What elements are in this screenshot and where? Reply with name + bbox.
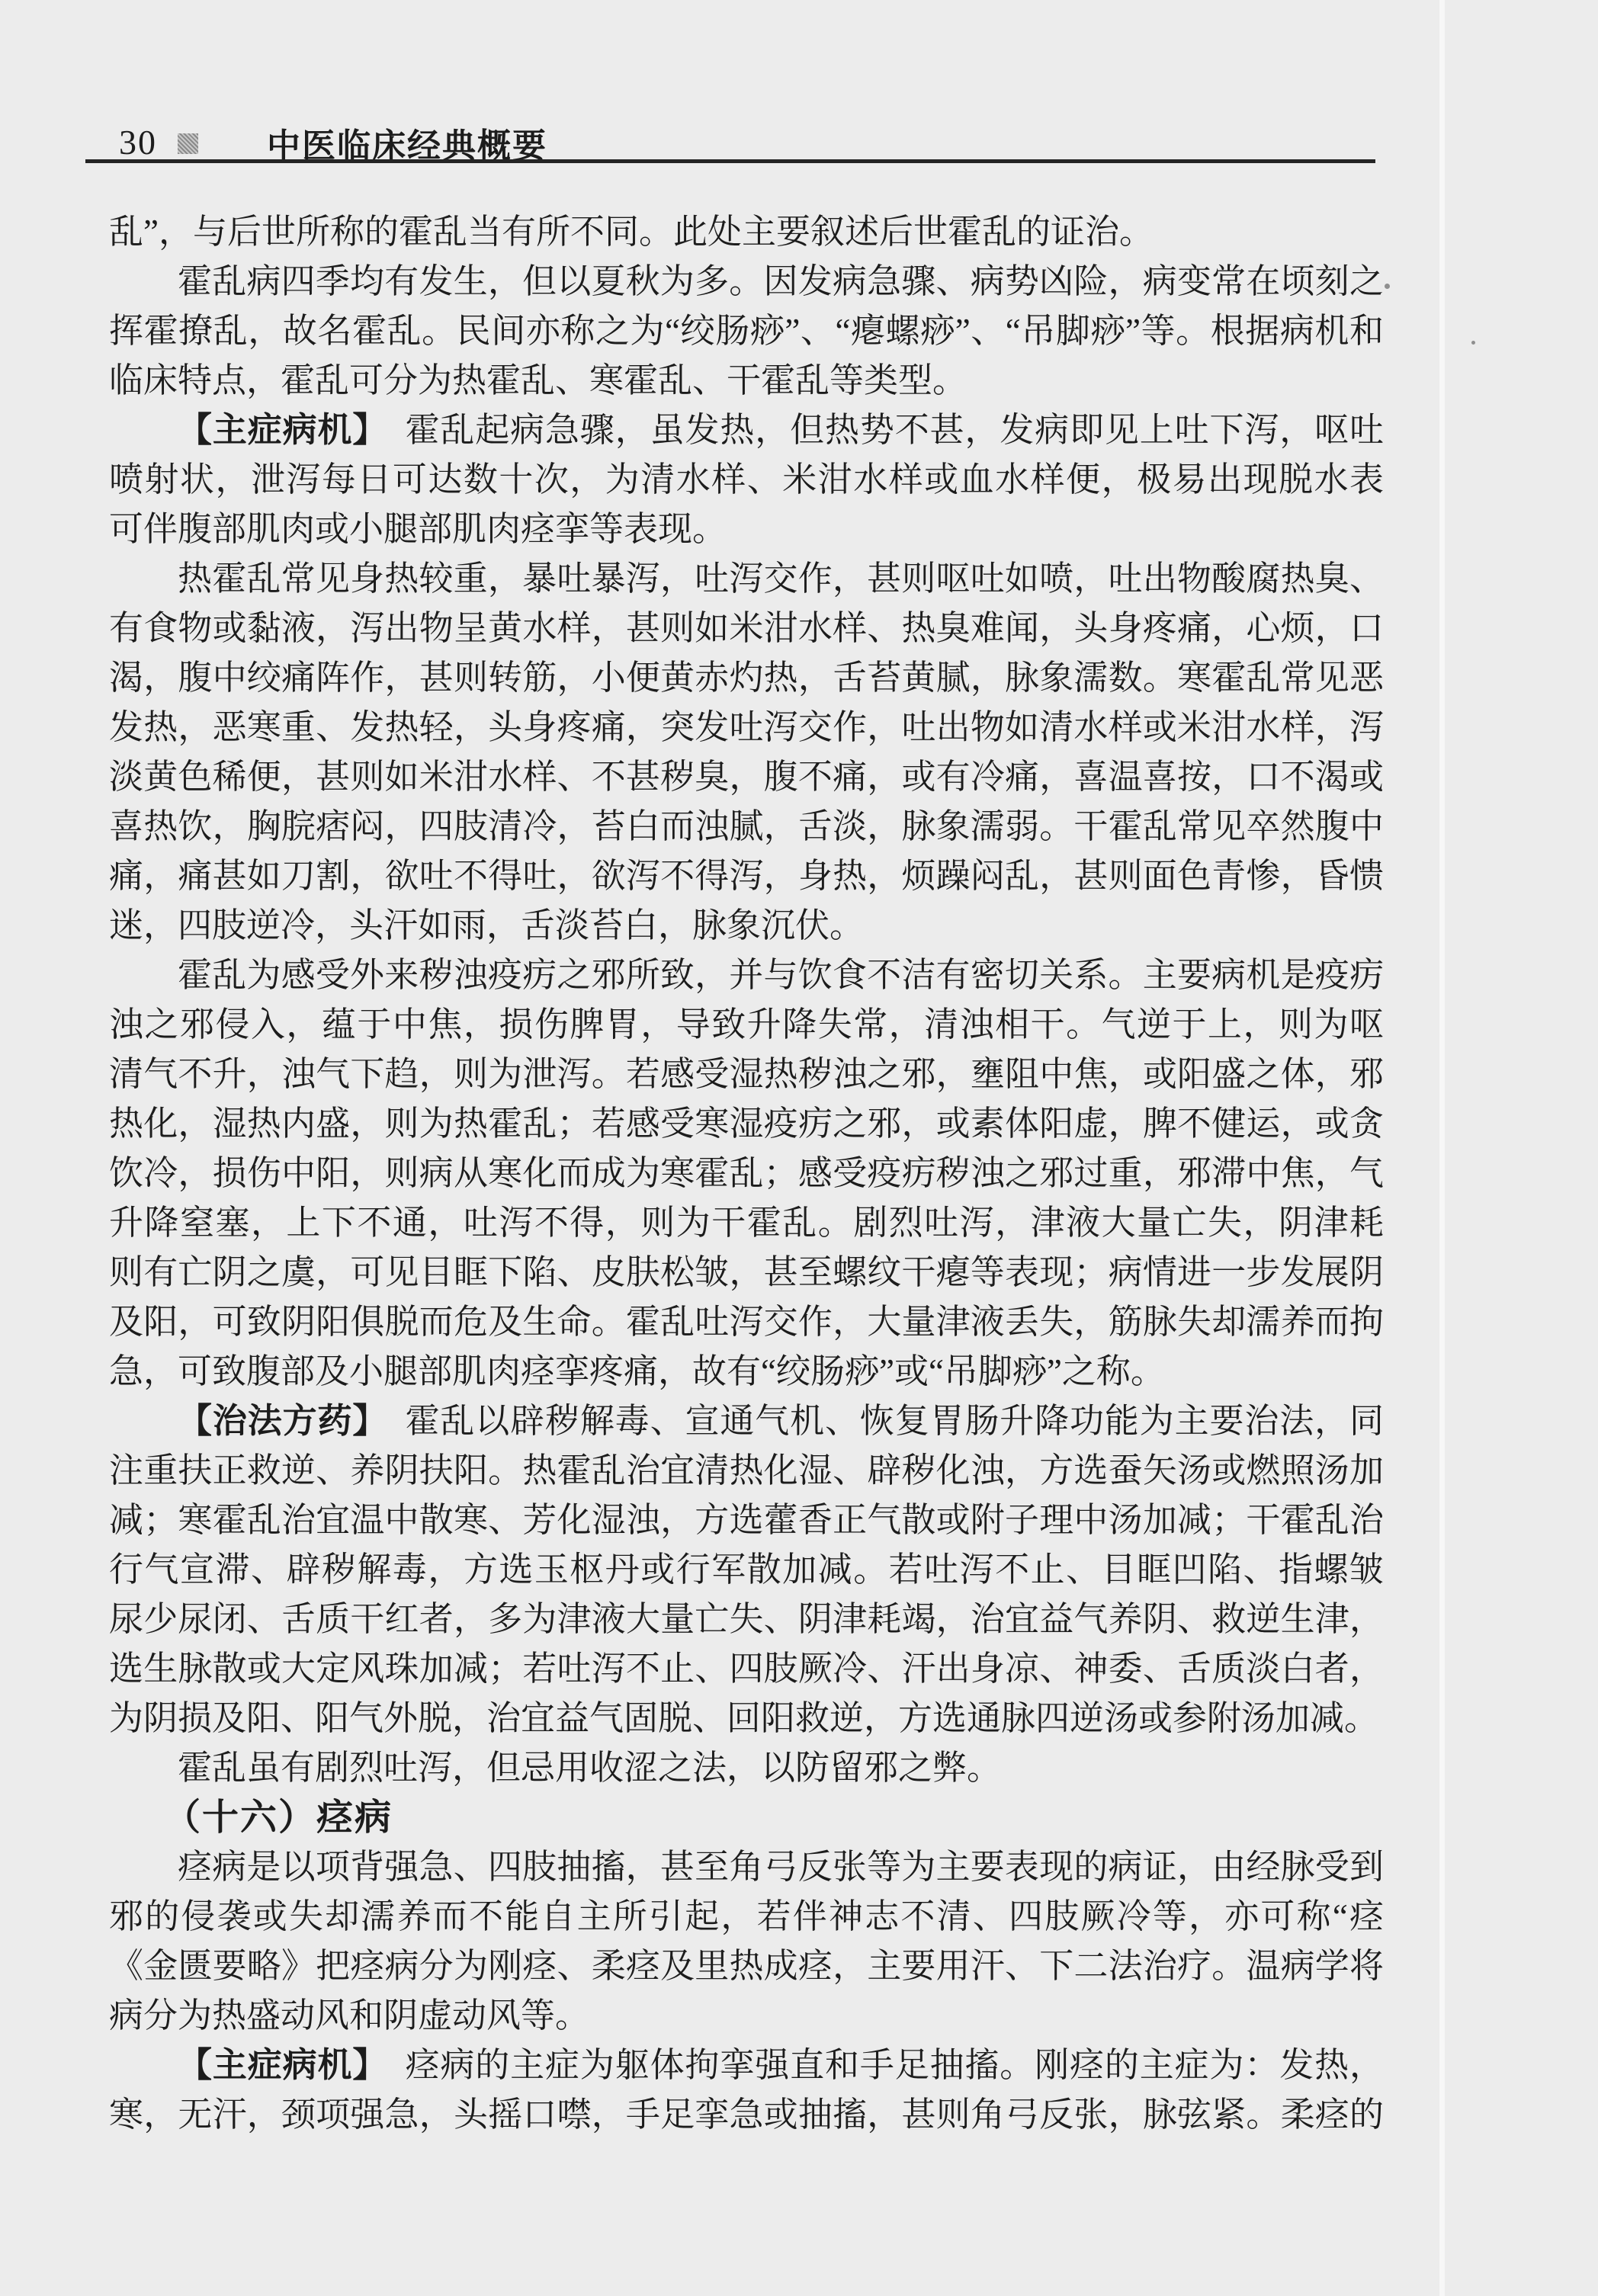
text-line: 病分为热盛动风和阴虚动风等。 xyxy=(109,1991,1384,2041)
text-line: 饮冷，损伤中阳，则病从寒化而成为寒霍乱；感受疫疠秽浊之邪过重，邪滞中焦，气机 xyxy=(109,1149,1384,1198)
text-line: 淡黄色稀便，甚则如米泔水样、不甚秽臭，腹不痛，或有冷痛，喜温喜按，口不渴或渴 xyxy=(109,752,1384,802)
text-line: 热化，湿热内盛，则为热霍乱；若感受寒湿疫疠之邪，或素体阳虚，脾不健运，或贪凉 xyxy=(109,1099,1384,1149)
bold-label: 【主症病机】 xyxy=(178,2046,371,2084)
text-line: 喷射状，泄泻每日可达数十次，为清水样、米泔水样或血水样便，极易出现脱水表现， xyxy=(109,455,1384,505)
text-line: 《金匮要略》把痉病分为刚痉、柔痉及里热成痉，主要用汗、下二法治疗。温病学将痉 xyxy=(109,1942,1384,1991)
text-line: 喜热饮，胸脘痞闷，四肢清冷，苔白而浊腻，舌淡，脉象濡弱。干霍乱常见卒然腹中绞 xyxy=(109,802,1384,851)
text-line: 【主症病机】 痉病的主症为躯体拘挛强直和手足抽搐。刚痉的主症为：发热，恶 xyxy=(109,2041,1384,2090)
scan-speck xyxy=(1385,284,1390,289)
text-line: 急，可致腹部及小腿部肌肉痉挛疼痛，故有“绞肠痧”或“吊脚痧”之称。 xyxy=(109,1347,1384,1397)
text-line: 发热，恶寒重、发热轻，头身疼痛，突发吐泻交作，吐出物如清水样或米泔水样，泻出 xyxy=(109,703,1384,752)
text-line: 选生脉散或大定风珠加减；若吐泻不止、四肢厥冷、汗出身凉、神委、舌质淡白者，多 xyxy=(109,1644,1384,1694)
text-line: 痉病是以项背强急、四肢抽搐，甚至角弓反张等为主要表现的病证，由经脉受到病 xyxy=(109,1842,1384,1892)
text-line: 可伴腹部肌肉或小腿部肌肉痉挛等表现。 xyxy=(109,505,1384,554)
text-line: 寒，无汗，颈项强急，头摇口噤，手足挛急或抽搐，甚则角弓反张，脉弦紧。柔痉的主 xyxy=(109,2090,1384,2140)
text-line: 渴，腹中绞痛阵作，甚则转筋，小便黄赤灼热，舌苔黄腻，脉象濡数。寒霍乱常见恶寒 xyxy=(109,653,1384,703)
text-line: 霍乱为感受外来秽浊疫疠之邪所致，并与饮食不洁有密切关系。主要病机是疫疠秽 xyxy=(109,951,1384,1000)
text-line: 行气宣滞、辟秽解毒，方选玉枢丹或行军散加减。若吐泻不止、目眶凹陷、指螺皱瘪、 xyxy=(109,1545,1384,1595)
text-line: 热霍乱常见身热较重，暴吐暴泻，吐泻交作，甚则呕吐如喷，吐出物酸腐热臭、混 xyxy=(109,554,1384,604)
header-rule xyxy=(85,159,1375,163)
header-ornament-square xyxy=(178,133,198,154)
text-line: 则有亡阴之虞，可见目眶下陷、皮肤松皱，甚至螺纹干瘪等表现；病情进一步发展阴损 xyxy=(109,1248,1384,1297)
text-line: 邪的侵袭或失却濡养而不能自主所引起，若伴神志不清、四肢厥冷等，亦可称“痉厥”。 xyxy=(109,1892,1384,1942)
body-text: 乱”，与后世所称的霍乱当有所不同。此处主要叙述后世霍乱的证治。霍乱病四季均有发生… xyxy=(109,207,1384,2140)
text-line: 为阴损及阳、阳气外脱，治宜益气固脱、回阳救逆，方选通脉四逆汤或参附汤加减。 xyxy=(109,1694,1384,1743)
text-line: 升降窒塞，上下不通，吐泻不得，则为干霍乱。剧烈吐泻，津液大量亡失，阴津耗竭， xyxy=(109,1198,1384,1248)
text-line: 临床特点，霍乱可分为热霍乱、寒霍乱、干霍乱等类型。 xyxy=(109,356,1384,406)
text-line: 减；寒霍乱治宜温中散寒、芳化湿浊，方选藿香正气散或附子理中汤加减；干霍乱治宜 xyxy=(109,1496,1384,1545)
bold-label: 【主症病机】 xyxy=(178,411,371,449)
page-number: 30 xyxy=(119,122,157,162)
bold-label: 【治法方药】 xyxy=(178,1402,371,1440)
text-line: 注重扶正救逆、养阴扶阳。热霍乱治宜清热化湿、辟秽化浊，方选蚕矢汤或燃照汤加 xyxy=(109,1446,1384,1496)
text-line: 【主症病机】 霍乱起病急骤，虽发热，但热势不甚，发病即见上吐下泻，呕吐多呈 xyxy=(109,406,1384,455)
text-line: 清气不升，浊气下趋，则为泄泻。若感受湿热秽浊之邪，壅阻中焦，或阳盛之体，邪从 xyxy=(109,1050,1384,1099)
text-line: 及阳，可致阴阳俱脱而危及生命。霍乱吐泻交作，大量津液丢失，筋脉失却濡养而拘 xyxy=(109,1297,1384,1347)
section-heading: （十六）痉病 xyxy=(109,1793,1384,1842)
scan-speck xyxy=(1471,341,1475,345)
text-line: 乱”，与后世所称的霍乱当有所不同。此处主要叙述后世霍乱的证治。 xyxy=(109,207,1384,257)
text-line: 霍乱虽有剧烈吐泻，但忌用收涩之法，以防留邪之弊。 xyxy=(109,1743,1384,1793)
text-line: 尿少尿闭、舌质干红者，多为津液大量亡失、阴津耗竭，治宜益气养阴、救逆生津，方 xyxy=(109,1595,1384,1644)
text-line: 【治法方药】 霍乱以辟秽解毒、宣通气机、恢复胃肠升降功能为主要治法，同时应 xyxy=(109,1397,1384,1446)
book-page: 30 中医临床经典概要 乱”，与后世所称的霍乱当有所不同。此处主要叙述后世霍乱的… xyxy=(0,0,1598,2296)
text-line: 浊之邪侵入，蕴于中焦，损伤脾胃，导致升降失常，清浊相干。气逆于上，则为呕吐； xyxy=(109,1000,1384,1050)
text-line: 挥霍撩乱，故名霍乱。民间亦称之为“绞肠痧”、“瘪螺痧”、“吊脚痧”等。根据病机和 xyxy=(109,306,1384,356)
text-line: 霍乱病四季均有发生，但以夏秋为多。因发病急骤、病势凶险，病变常在顷刻之间 xyxy=(109,257,1384,306)
text-line: 有食物或黏液，泻出物呈黄水样，甚则如米泔水样、热臭难闻，头身疼痛，心烦，口 xyxy=(109,604,1384,653)
text-line: 痛，痛甚如刀割，欲吐不得吐，欲泻不得泻，身热，烦躁闷乱，甚则面色青惨，昏愦如 xyxy=(109,851,1384,901)
scan-crease xyxy=(1439,0,1445,2296)
text-line: 迷，四肢逆冷，头汗如雨，舌淡苔白，脉象沉伏。 xyxy=(109,901,1384,951)
